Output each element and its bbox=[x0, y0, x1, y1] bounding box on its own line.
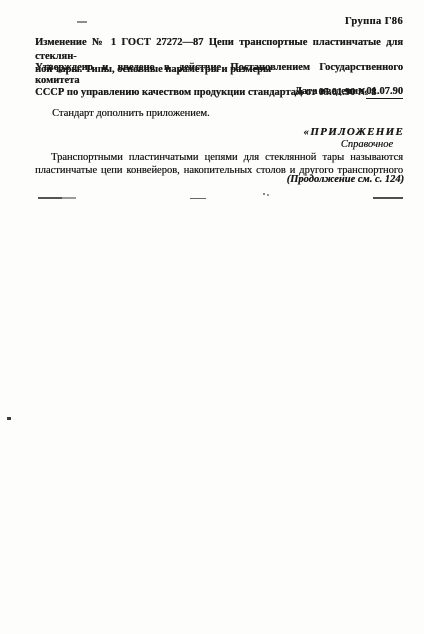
scanned-document-page: Группа Г86 Изменение № 1 ГОСТ 27272—87 Ц… bbox=[0, 0, 424, 634]
group-label: Группа Г86 bbox=[345, 15, 403, 28]
scan-artifact-line-left bbox=[38, 197, 62, 199]
scan-artifact-dot-1 bbox=[263, 193, 265, 195]
effective-date-value: 01.07.90 bbox=[366, 86, 403, 99]
effective-date: Дата введения 01.07.90 bbox=[295, 85, 403, 98]
scan-artifact-line-right bbox=[373, 197, 403, 199]
scan-artifact-speck bbox=[7, 417, 11, 420]
body-line-1: Транспортными пластинчатыми цепями для с… bbox=[35, 152, 403, 165]
effective-date-label: Дата введения bbox=[295, 86, 367, 97]
standard-instruction: Стандарт дополнить приложением. bbox=[52, 107, 210, 120]
amendment-line-1: Изменение № 1 ГОСТ 27272—87 Цепи транспо… bbox=[35, 36, 403, 63]
appendix-type: Справочное bbox=[341, 138, 393, 151]
scan-artifact-line-left-2 bbox=[62, 197, 76, 199]
continuation-note: (Продолжение см. с. 124) bbox=[287, 173, 404, 186]
scan-artifact-dash bbox=[77, 21, 87, 23]
scan-artifact-dot-2 bbox=[267, 194, 269, 196]
approval-line-1: Утверждено и введено в действие Постанов… bbox=[35, 62, 403, 87]
scan-artifact-line-mid bbox=[190, 198, 206, 199]
